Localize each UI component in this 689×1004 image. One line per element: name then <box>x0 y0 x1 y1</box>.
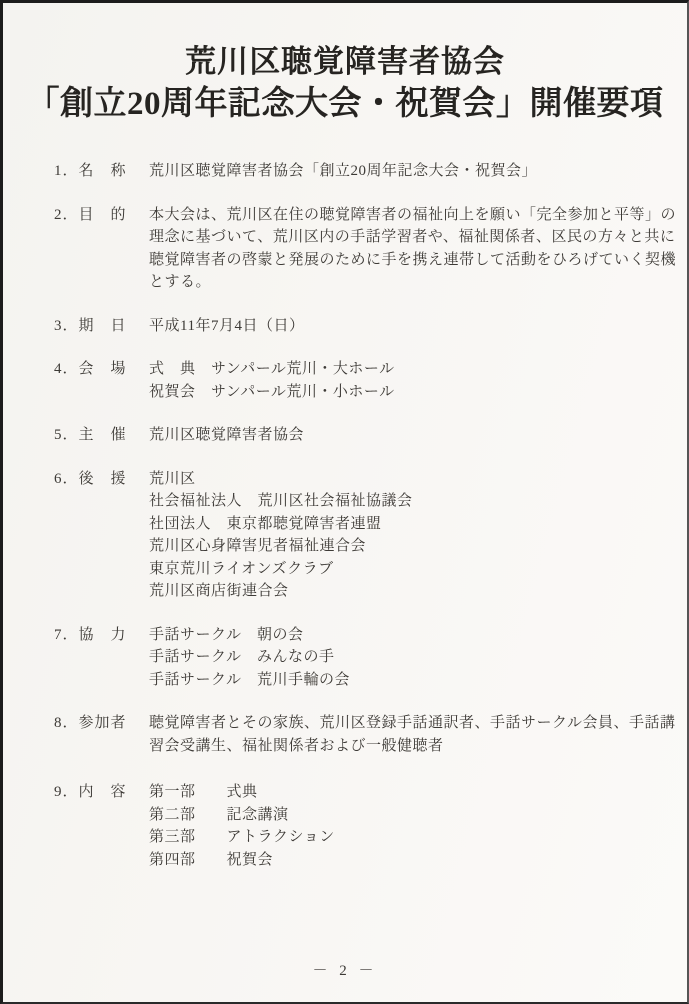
content-line: 社団法人 東京都聴覚障害者連盟 <box>149 513 687 536</box>
section: 1．名 称 荒川区聴覚障害者協会「創立20周年記念大会・祝賀会」 <box>3 160 687 183</box>
page-footer: － 2 － <box>3 959 687 980</box>
section-content: 式 典 サンパール荒川・大ホール祝賀会 サンパール荒川・小ホール <box>149 358 687 403</box>
content-line: 荒川区心身障害児者福祉連合会 <box>149 535 687 558</box>
section: 5．主 催 荒川区聴覚障害者協会 <box>3 424 687 447</box>
document-title-line2: 「創立20周年記念大会・祝賀会」開催要項 <box>3 84 687 124</box>
content-line: 荒川区 <box>149 468 687 491</box>
section-label: 2．目 的 <box>54 204 149 294</box>
section: 8．参加者 聴覚障害者とその家族、荒川区登録手話通訳者、手話サークル会員、手話講… <box>3 712 687 757</box>
content-line: 習会受講生、福祉関係者および一般健聴者 <box>149 735 687 758</box>
section-label: 5．主 催 <box>54 424 149 447</box>
section-content: 荒川区社会福祉法人 荒川区社会福祉協議会社団法人 東京都聴覚障害者連盟荒川区心身… <box>149 468 687 603</box>
content-line: 第一部 式典 <box>149 781 687 804</box>
section-content: 荒川区聴覚障害者協会「創立20周年記念大会・祝賀会」 <box>149 160 687 183</box>
content-line: 手話サークル みんなの手 <box>149 646 687 669</box>
section-label: 1．名 称 <box>54 160 149 183</box>
content-line: 聴覚障害者とその家族、荒川区登録手話通訳者、手話サークル会員、手話講 <box>149 712 687 735</box>
content-line: 理念に基づいて、荒川区内の手話学習者や、福祉関係者、区民の方々と共に <box>149 226 687 249</box>
content-line: 第二部 記念講演 <box>149 804 687 827</box>
content-line: 東京荒川ライオンズクラブ <box>149 558 687 581</box>
content-line: 第四部 祝賀会 <box>149 849 687 872</box>
content-line: 聴覚障害者の啓蒙と発展のために手を携え連帯して活動をひろげていく契機 <box>149 249 687 272</box>
section: 7．協 力 手話サークル 朝の会手話サークル みんなの手手話サークル 荒川手輪の… <box>3 624 687 692</box>
content-line: 荒川区聴覚障害者協会 <box>149 424 687 447</box>
scanned-document-page: 荒川区聴覚障害者協会 「創立20周年記念大会・祝賀会」開催要項 1．名 称 荒川… <box>0 0 689 1004</box>
section: 9．内 容 第一部 式典第二部 記念講演第三部 アトラクション第四部 祝賀会 <box>3 781 687 871</box>
section: 4．会 場 式 典 サンパール荒川・大ホール祝賀会 サンパール荒川・小ホール <box>3 358 687 403</box>
document-title-line1: 荒川区聴覚障害者協会 <box>3 43 687 80</box>
content-line: とする。 <box>149 271 687 294</box>
section-label: 7．協 力 <box>54 624 149 692</box>
content-line: 祝賀会 サンパール荒川・小ホール <box>149 381 687 404</box>
section-content: 本大会は、荒川区在住の聴覚障害者の福祉向上を願い「完全参加と平等」の理念に基づい… <box>149 204 687 294</box>
content-line: 手話サークル 荒川手輪の会 <box>149 669 687 692</box>
page-number: － 2 － <box>312 963 377 979</box>
content-line: 荒川区聴覚障害者協会「創立20周年記念大会・祝賀会」 <box>149 160 687 183</box>
section-content: 第一部 式典第二部 記念講演第三部 アトラクション第四部 祝賀会 <box>149 781 687 871</box>
section-label: 9．内 容 <box>54 781 149 871</box>
content-line: 社会福祉法人 荒川区社会福祉協議会 <box>149 490 687 513</box>
section-label: 4．会 場 <box>54 358 149 403</box>
content-line: 荒川区商店街連合会 <box>149 580 687 603</box>
section-content: 聴覚障害者とその家族、荒川区登録手話通訳者、手話サークル会員、手話講習会受講生、… <box>149 712 687 757</box>
section: 3．期 日 平成11年7月4日（日） <box>3 315 687 338</box>
content-line: 式 典 サンパール荒川・大ホール <box>149 358 687 381</box>
section-content: 荒川区聴覚障害者協会 <box>149 424 687 447</box>
content-line: 手話サークル 朝の会 <box>149 624 687 647</box>
sections-container: 1．名 称 荒川区聴覚障害者協会「創立20周年記念大会・祝賀会」 2．目 的 本… <box>3 160 687 871</box>
section: 6．後 援 荒川区社会福祉法人 荒川区社会福祉協議会社団法人 東京都聴覚障害者連… <box>3 468 687 603</box>
content-line: 平成11年7月4日（日） <box>149 315 687 338</box>
content-line: 第三部 アトラクション <box>149 826 687 849</box>
content-line: 本大会は、荒川区在住の聴覚障害者の福祉向上を願い「完全参加と平等」の <box>149 204 687 227</box>
section-content: 手話サークル 朝の会手話サークル みんなの手手話サークル 荒川手輪の会 <box>149 624 687 692</box>
section-label: 6．後 援 <box>54 468 149 603</box>
document-header: 荒川区聴覚障害者協会 「創立20周年記念大会・祝賀会」開催要項 <box>3 43 687 124</box>
section-content: 平成11年7月4日（日） <box>149 315 687 338</box>
section: 2．目 的 本大会は、荒川区在住の聴覚障害者の福祉向上を願い「完全参加と平等」の… <box>3 204 687 294</box>
section-label: 8．参加者 <box>54 712 149 757</box>
section-label: 3．期 日 <box>54 315 149 338</box>
